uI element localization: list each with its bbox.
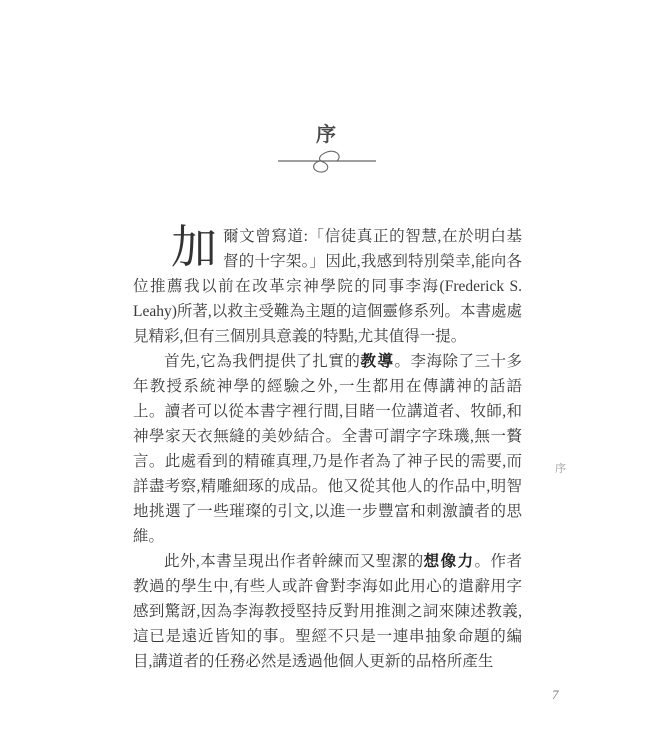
book-page: 序 加爾文曾寫道:「信徒真正的智慧,在於明白基督的十字架。」因此,我感到特別榮幸…	[0, 0, 650, 750]
paragraph-text: 。作者教過的學生中,有些人或許會對李海如此用心的遣辭用字感到驚訝,因為李海教授堅…	[133, 553, 522, 670]
paragraph-text: 此外,本書呈現出作者幹練而又聖潔的	[164, 553, 424, 570]
dropcap-character: 加	[171, 224, 223, 270]
paragraph-text: 。李海除了三十多年教授系統神學的經驗之外,一生都用在傳講神的話語上。讀者可以從本…	[133, 353, 522, 545]
page-number: 7	[552, 687, 559, 703]
flourish-ornament-icon	[277, 148, 377, 174]
bold-term-teaching: 教導	[360, 353, 394, 370]
margin-section-label: 序	[555, 460, 566, 476]
preface-body: 加爾文曾寫道:「信徒真正的智慧,在於明白基督的十字架。」因此,我感到特別榮幸,能…	[133, 224, 522, 674]
preface-paragraph-1: 加爾文曾寫道:「信徒真正的智慧,在於明白基督的十字架。」因此,我感到特別榮幸,能…	[133, 224, 522, 349]
title-divider	[133, 148, 521, 179]
paragraph-text: 首先,它為我們提供了扎實的	[164, 353, 360, 370]
page-title: 序	[133, 118, 521, 147]
preface-paragraph-2: 首先,它為我們提供了扎實的教導。李海除了三十多年教授系統神學的經驗之外,一生都用…	[133, 349, 522, 549]
preface-paragraph-3: 此外,本書呈現出作者幹練而又聖潔的想像力。作者教過的學生中,有些人或許會對李海如…	[133, 549, 522, 674]
bold-term-imagination: 想像力	[424, 553, 475, 570]
